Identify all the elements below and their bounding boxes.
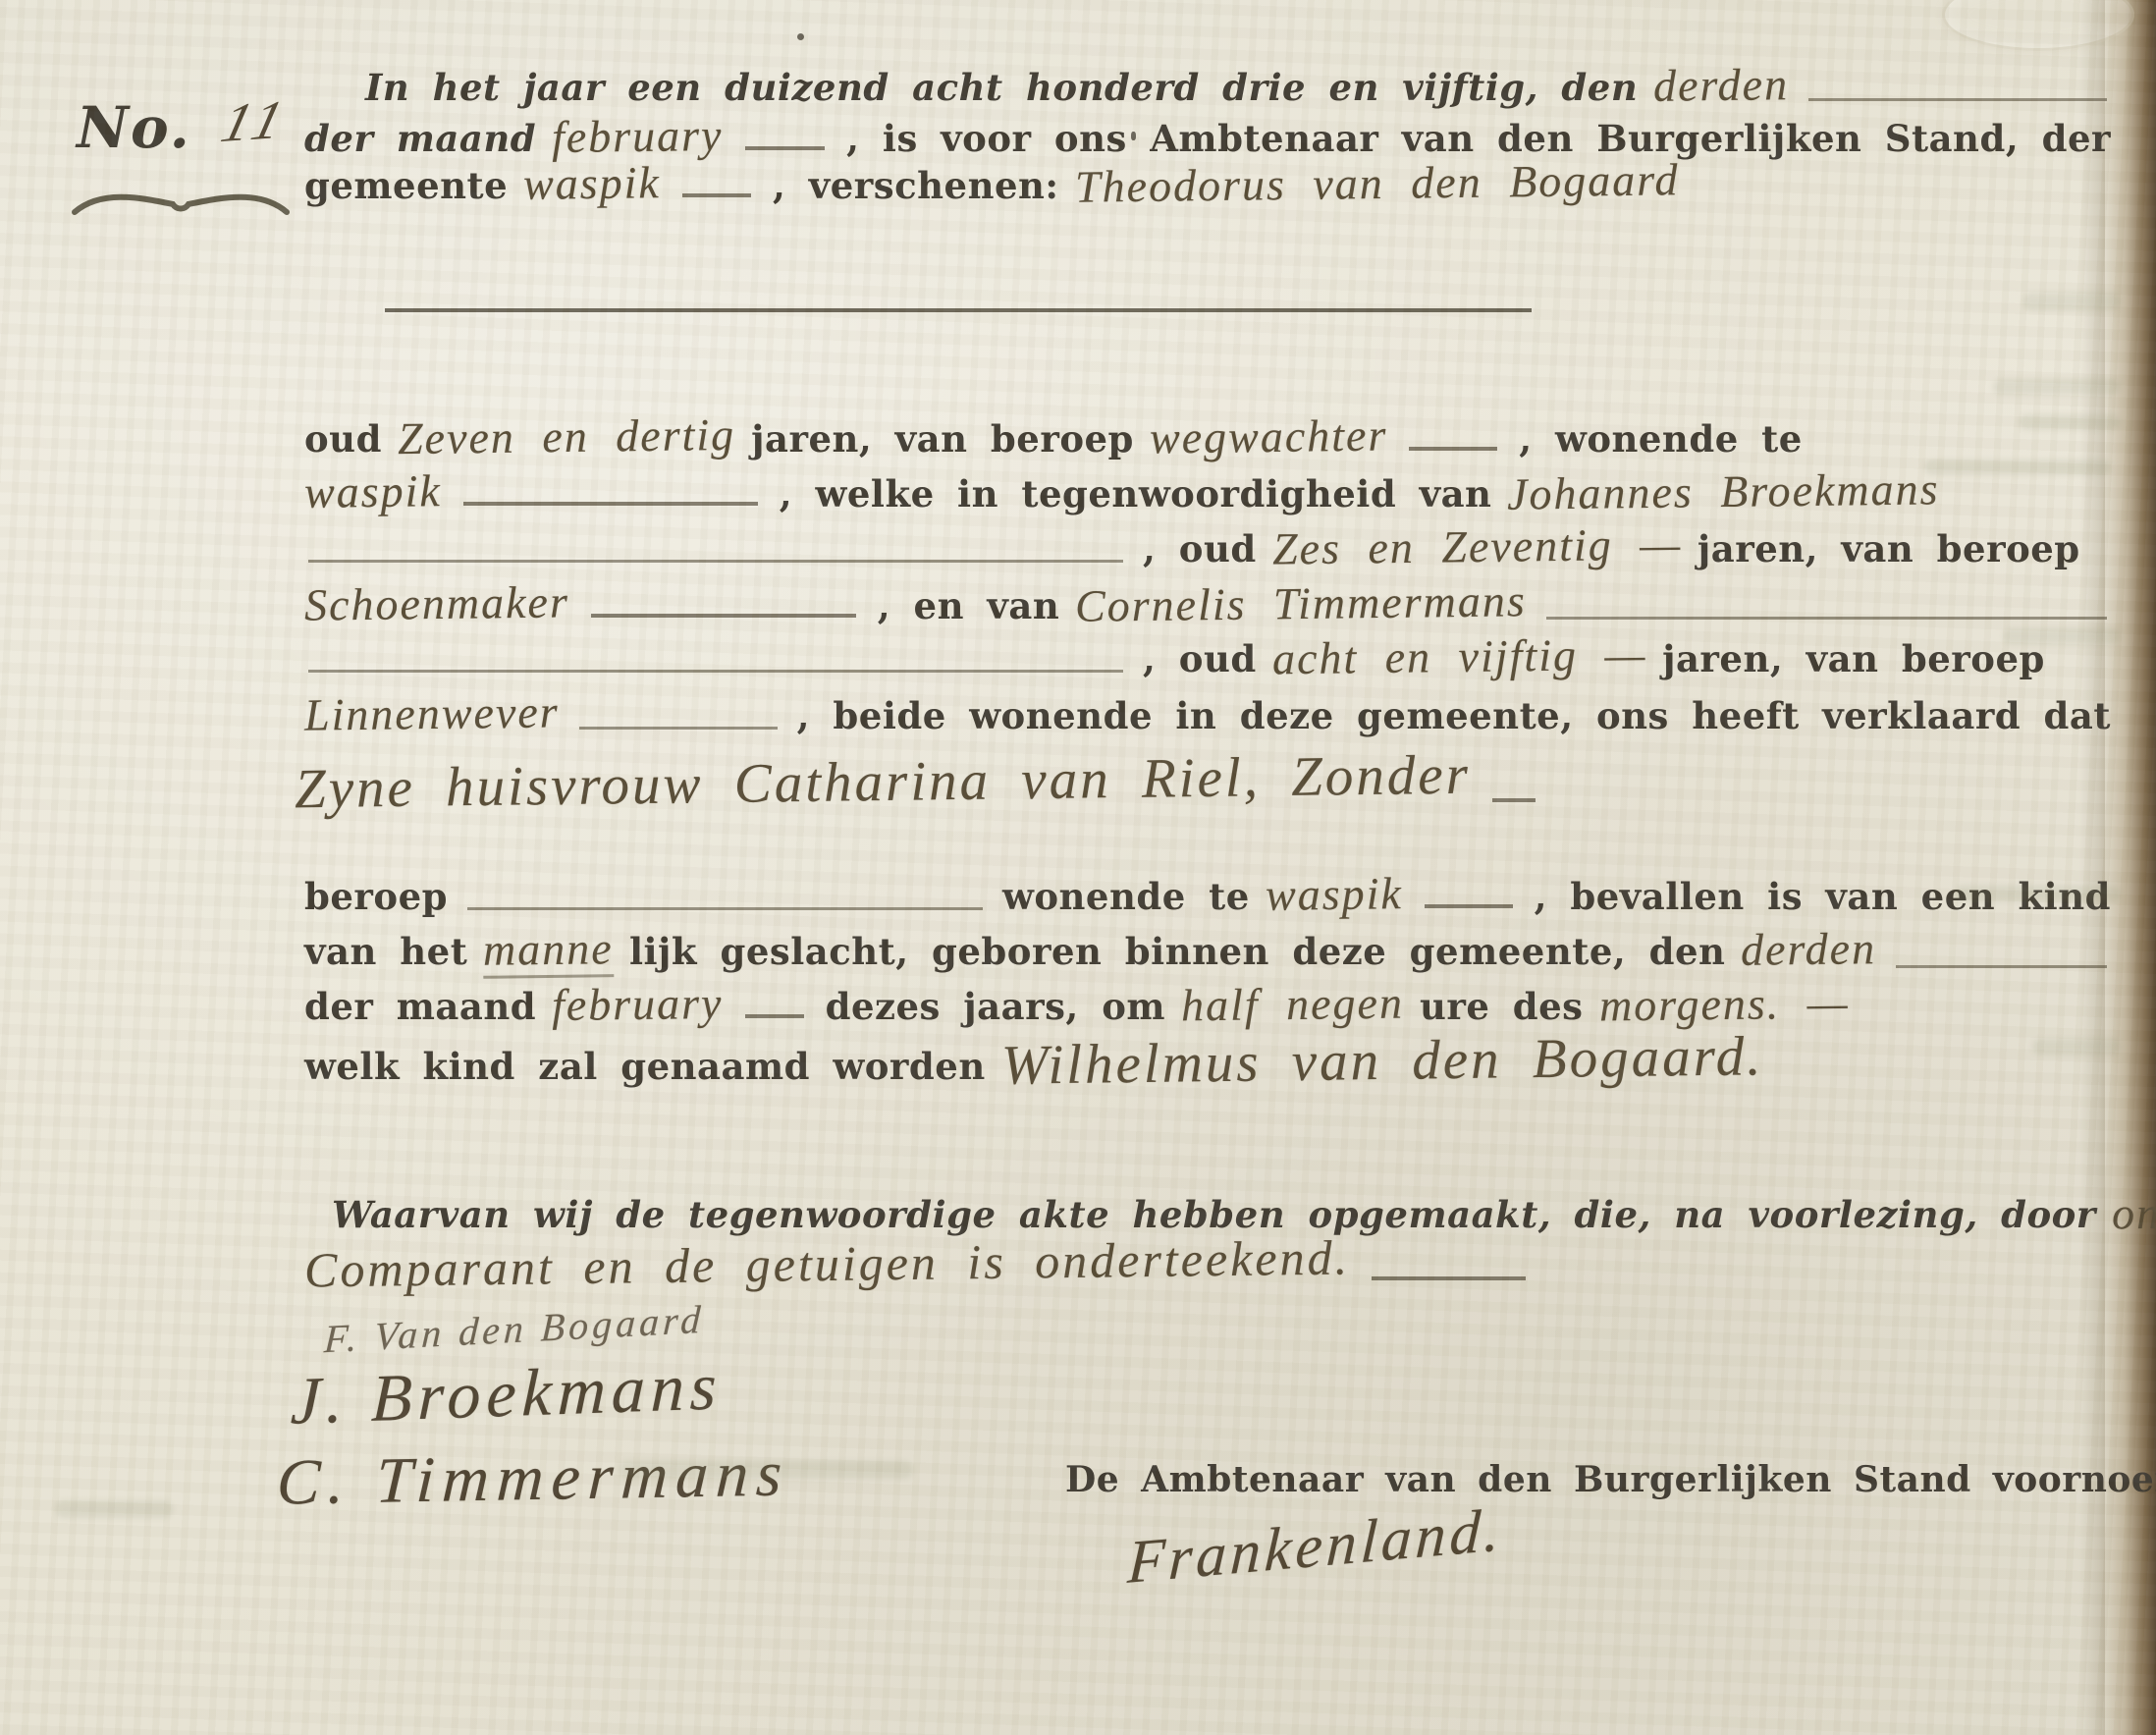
printed-text: oud (304, 417, 382, 461)
handwritten-month: february (552, 977, 724, 1031)
printed-text: lijk geslacht, geboren binnen deze gemee… (629, 930, 1726, 973)
blank-rule (1409, 447, 1497, 451)
handwritten-day: derden (1653, 58, 1790, 112)
birth-record-page: No. 11 In het jaar een duizend acht hond… (0, 0, 2156, 1735)
bleed-through-mark (2003, 628, 2121, 644)
blank-rule (745, 1014, 804, 1018)
handwritten-daypart: morgens. — (1598, 976, 1849, 1031)
handwritten-age: Zes en Zeventig — (1271, 517, 1682, 574)
printed-text: , welke in tegenwoordigheid van (780, 472, 1492, 515)
handwritten-text: ons, en de (2111, 1185, 2156, 1240)
printed-text: , en van (878, 584, 1059, 627)
blank-rule (308, 560, 1123, 563)
printed-text: jaren, van beroep (1662, 637, 2045, 680)
act-line-year: In het jaar een duizend acht honderd dri… (365, 59, 2111, 111)
handwritten-profession: Schoenmaker (304, 575, 569, 630)
printed-text: , wonende te (1519, 417, 1803, 461)
handwritten-gender: manne (483, 922, 614, 979)
signature-officiant: Frankenland. (1126, 1495, 1505, 1599)
printed-text: ure des (1420, 985, 1584, 1028)
declarant-residence-line: waspik , welke in tegenwoordigheid van J… (304, 465, 2111, 517)
witness2-profession-line: Linnenwever , beide wonende in deze geme… (304, 687, 2111, 739)
handwritten-municipality: waspik (523, 156, 661, 210)
blank-rule (1546, 617, 2107, 620)
printed-text: jaren, van beroep (1698, 527, 2080, 570)
act-line-municipality: gemeente waspik , verschenen: Theodorus … (304, 157, 2111, 209)
handwritten-age: Zeven en dertig (398, 408, 736, 464)
witness1-age-line: , oud Zes en Zeventig — jaren, van beroe… (304, 520, 2111, 572)
blank-rule (1808, 98, 2107, 101)
printed-text: beroep (304, 875, 448, 918)
closing-line-2: Comparant en de getuigen is onderteekend… (304, 1235, 1532, 1292)
printed-text: , beide wonende in deze gemeente, ons he… (797, 694, 2111, 737)
printed-text: In het jaar een duizend acht honderd dri… (365, 66, 1638, 109)
handwritten-text: Comparant en de getuigen is onderteekend… (304, 1228, 1351, 1298)
printed-text: , oud (1143, 527, 1257, 570)
blank-rule (591, 614, 856, 618)
handwritten-witness1-name: Johannes Broekmans (1507, 462, 1940, 519)
bleed-through-mark (55, 1500, 173, 1518)
birth-gender-line: van het manne lijk geslacht, geboren bin… (304, 923, 2111, 978)
blank-rule (1372, 1276, 1526, 1280)
handwritten-residence: waspik (1265, 867, 1402, 921)
blank-rule (1896, 965, 2107, 968)
signature-witness1: J. Broekmans (290, 1347, 724, 1439)
witness2-age-line: , oud acht en vijftig — jaren, van beroe… (304, 630, 2111, 682)
printed-text: , is voor ons Ambtenaar van den Burgerli… (846, 117, 2111, 160)
birth-time-line: der maand february dezes jaars, om half … (304, 978, 2111, 1030)
printed-text: jaren, van beroep (751, 417, 1134, 461)
handwritten-witness2-name: Cornelis Timmermans (1075, 574, 1527, 632)
signature-witness2: C. Timmermans (275, 1437, 791, 1520)
officiant-caption: De Ambtenaar van den Burgerlijken Stand … (1065, 1459, 2156, 1500)
bleed-through-mark (1924, 460, 2111, 475)
printed-text: , oud (1143, 637, 1257, 680)
blank-rule (1425, 904, 1513, 908)
child-name-line: welk kind zal genaamd worden Wilhelmus v… (304, 1029, 2111, 1093)
handwritten-day: derden (1741, 922, 1877, 976)
act-number-label: No. (77, 94, 191, 161)
printed-text: dezes jaars, om (826, 985, 1165, 1028)
printed-text: der maand (304, 985, 536, 1028)
handwritten-age: acht en vijftig — (1271, 628, 1646, 685)
blank-rule (463, 502, 758, 506)
printed-text: welk kind zal genaamd worden (304, 1045, 986, 1088)
printed-text: der maand (304, 117, 536, 160)
blank-rule (579, 727, 778, 730)
brace-mark (69, 181, 293, 224)
handwritten-child-name: Wilhelmus van den Bogaard. (1000, 1024, 1763, 1097)
act-line-month: der maand february , is voor ons Ambtena… (304, 110, 2111, 162)
bleed-through-mark (2022, 293, 2121, 310)
handwritten-hour: half negen (1181, 977, 1405, 1032)
bleed-through-mark (2032, 1039, 2121, 1055)
handwritten-month: february (552, 109, 724, 163)
blank-rule (1492, 798, 1536, 802)
birth-residence-line: beroep wonende te waspik , bevallen is v… (304, 868, 2111, 920)
handwritten-mother-name: Zyne huisvrouw Catharina van Riel, Zonde… (295, 743, 1472, 822)
handwritten-profession: Linnenwever (304, 685, 560, 740)
printed-text: wonende te (1002, 875, 1250, 918)
bleed-through-mark (1954, 886, 2121, 901)
blank-rule (467, 907, 983, 910)
bleed-through-mark (619, 1461, 913, 1479)
printed-text: gemeente (304, 164, 508, 207)
handwritten-residence: waspik (304, 464, 442, 518)
printed-text: , verschenen: (773, 164, 1059, 207)
bleed-through-mark (1993, 379, 2121, 395)
mother-line: Zyne huisvrouw Catharina van Riel, Zonde… (295, 750, 1541, 814)
act-number-value: 11 (215, 88, 295, 155)
witness1-profession-line: Schoenmaker , en van Cornelis Timmermans (304, 577, 2111, 629)
blank-rule (308, 670, 1123, 673)
blank-rule (745, 146, 826, 150)
section-divider (385, 308, 1532, 312)
bleed-through-mark (2019, 414, 2121, 430)
declarant-age-line: oud Zeven en dertig jaren, van beroep we… (304, 410, 2111, 462)
printed-text: van het (304, 930, 467, 973)
blank-rule (682, 193, 751, 197)
handwritten-profession: wegwachter (1150, 409, 1388, 464)
handwritten-declarant-name: Theodorus van den Bogaard (1074, 153, 1679, 213)
ink-speck (797, 33, 804, 40)
